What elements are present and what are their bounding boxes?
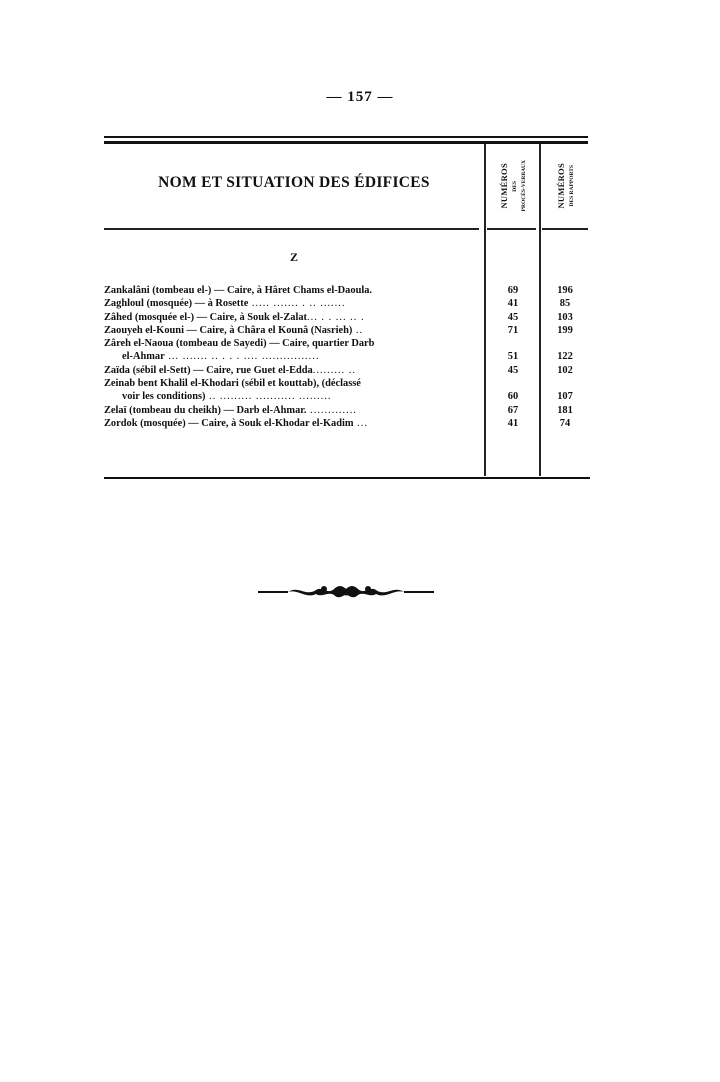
building-name: Zâhed (mosquée el-) — Caire, à Souk el-Z…	[104, 311, 482, 324]
table-row: Zaouyeh el-Kouni — Caire, à Châra el Kou…	[104, 324, 588, 337]
page-number: — 157 —	[0, 89, 720, 106]
rapport-number: 199	[542, 324, 588, 337]
pv-number: 51	[487, 350, 539, 363]
rapport-number: 181	[542, 404, 588, 417]
building-name: Zordok (mosquée) — Caire, à Souk el-Khod…	[104, 417, 482, 430]
table-row: Zâhed (mosquée el-) — Caire, à Souk el-Z…	[104, 311, 588, 324]
rapport-number: 74	[542, 417, 588, 430]
column-header-name: NOM ET SITUATION DES ÉDIFICES	[104, 174, 484, 192]
table-body: Zankalâni (tombeau el-) — Caire, à Hâret…	[104, 284, 588, 430]
col2-header-line2: DES RAPPORTS	[569, 165, 575, 207]
rapport-number: 103	[542, 311, 588, 324]
building-name: Zelaï (tombeau du cheikh) — Darb el-Ahma…	[104, 404, 482, 417]
header-bottom-rule	[104, 228, 479, 230]
table-row: Zordok (mosquée) — Caire, à Souk el-Khod…	[104, 417, 588, 430]
col1-header-line3: PROCÈS-VERBAUX	[521, 160, 527, 211]
table-bottom-rule	[104, 477, 590, 479]
col1-header-line2: DES	[512, 181, 518, 192]
rapport-number: 85	[542, 297, 588, 310]
pv-number: 67	[487, 404, 539, 417]
pv-number: 41	[487, 417, 539, 430]
building-name: Zâreh el-Naoua (tombeau de Sayedi) — Cai…	[104, 337, 482, 350]
table-row: Zaghloul (mosquée) — à Rosette ..... ...…	[104, 297, 588, 310]
building-name: el-Ahmar ... ....... .. . . . .... .....…	[104, 350, 500, 363]
building-name: Zaghloul (mosquée) — à Rosette ..... ...…	[104, 297, 482, 310]
building-name: Zankalâni (tombeau el-) — Caire, à Hâret…	[104, 284, 482, 297]
buildings-table: NOM ET SITUATION DES ÉDIFICES NUMÉROS DE…	[104, 136, 588, 481]
building-name: voir les conditions) .. ......... ......…	[104, 390, 500, 403]
table-top-rule	[104, 136, 588, 138]
pv-number: 41	[487, 297, 539, 310]
col2-header-line1: NUMÉROS	[556, 163, 566, 209]
table-row: Zeinab bent Khalil el-Khodari (sébil et …	[104, 377, 588, 390]
fleuron-ornament-icon	[258, 583, 434, 601]
rapport-number: 196	[542, 284, 588, 297]
rapport-number: 102	[542, 364, 588, 377]
rapport-number: 107	[542, 390, 588, 403]
column-header-proces-verbaux: NUMÉROS DES PROCÈS-VERBAUX	[487, 146, 539, 226]
table-row: Zaïda (sébil el-Sett) — Caire, rue Guet …	[104, 364, 588, 377]
pv-number: 69	[487, 284, 539, 297]
pv-number: 60	[487, 390, 539, 403]
header-bottom-rule	[487, 228, 536, 230]
building-name: Zaïda (sébil el-Sett) — Caire, rue Guet …	[104, 364, 482, 377]
rapport-number: 122	[542, 350, 588, 363]
table-row: Zankalâni (tombeau el-) — Caire, à Hâret…	[104, 284, 588, 297]
pv-number: 45	[487, 364, 539, 377]
pv-number: 45	[487, 311, 539, 324]
column-header-rapports: NUMÉROS DES RAPPORTS	[542, 146, 588, 226]
table-row-continuation: voir les conditions) .. ......... ......…	[104, 390, 588, 403]
section-letter: Z	[104, 250, 484, 265]
building-name: Zaouyeh el-Kouni — Caire, à Châra el Kou…	[104, 324, 482, 337]
table-row-continuation: el-Ahmar ... ....... .. . . . .... .....…	[104, 350, 588, 363]
pv-number: 71	[487, 324, 539, 337]
header-bottom-rule	[542, 228, 588, 230]
building-name: Zeinab bent Khalil el-Khodari (sébil et …	[104, 377, 482, 390]
table-row: Zâreh el-Naoua (tombeau de Sayedi) — Cai…	[104, 337, 588, 350]
table-row: Zelaï (tombeau du cheikh) — Darb el-Ahma…	[104, 404, 588, 417]
table-top-rule-thick	[104, 141, 588, 144]
col1-header-line1: NUMÉROS	[499, 163, 509, 209]
